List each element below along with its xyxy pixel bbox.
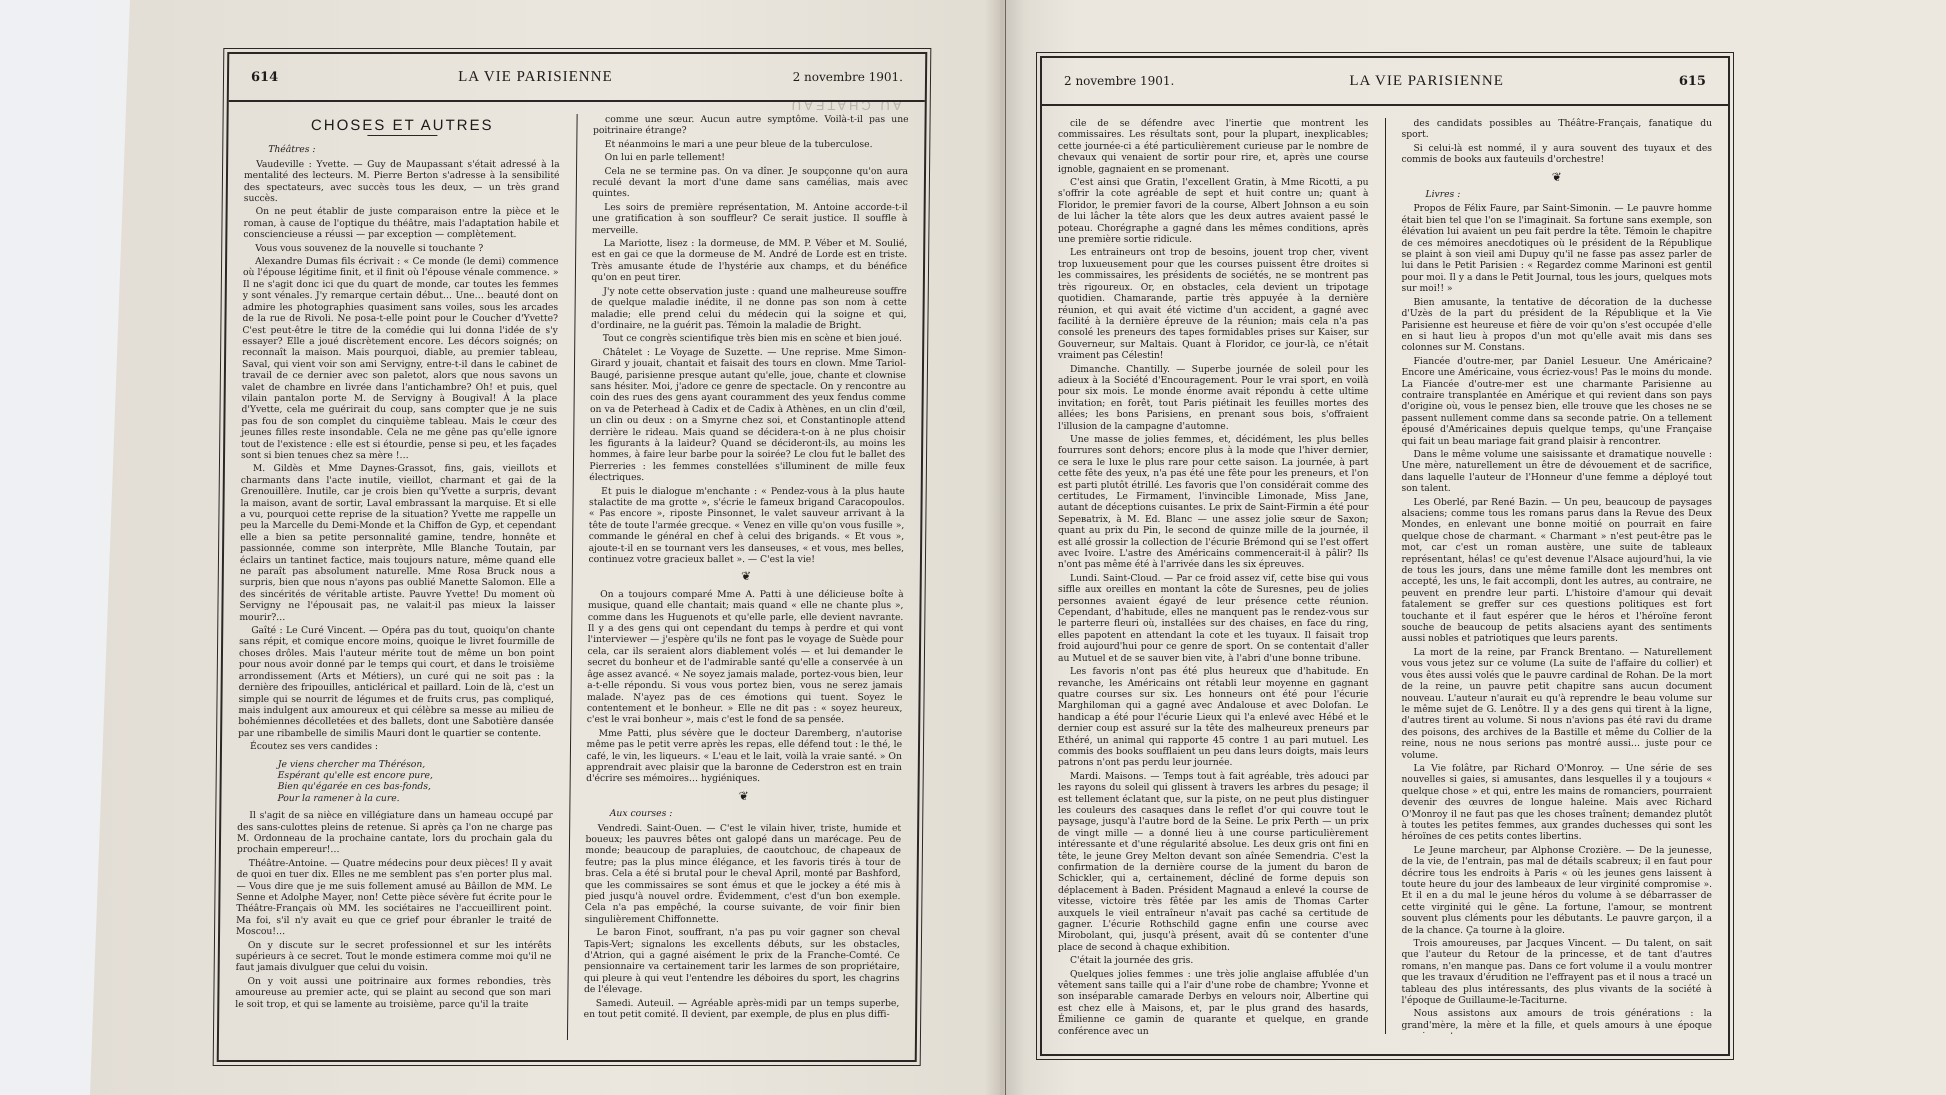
article-paragraph: Les Oberlé, par René Bazin. — Un peu, be… [1402, 497, 1713, 645]
article-paragraph: Mme Patti, plus sévère que le docteur Da… [586, 728, 902, 785]
verse-line: Pour la ramener à la cure. [277, 793, 553, 804]
article-paragraph: Alexandre Dumas fils écrivait : « Ce mon… [241, 256, 559, 461]
issue-date: 2 novembre 1901. [1064, 74, 1174, 88]
article-paragraph: Nous assistons aux amours de trois génér… [1402, 1008, 1713, 1034]
article-paragraph: Tout ce congrès scientifique très bien m… [591, 333, 907, 344]
right-page-columns: cile de se défendre avec l'inertie que m… [1042, 118, 1728, 1034]
article-paragraph: Les entraineurs ont trop de besoins, jou… [1058, 247, 1369, 361]
article-paragraph: Mardi. Maisons. — Temps tout à fait agré… [1058, 771, 1369, 954]
section-heading-theatres: Théâtres : [244, 144, 560, 155]
article-paragraph: Quelques jolies femmes : une très jolie … [1058, 969, 1369, 1034]
article-paragraph: Samedi. Auteuil. — Agréable après-midi p… [584, 998, 900, 1021]
verse-quote: Je viens chercher ma Théréson, Espérant … [237, 759, 553, 805]
left-column-2: comme une sœur. Aucun autre symptôme. Vo… [566, 114, 924, 1040]
right-page-frame: 2 novembre 1901. LA VIE PARISIENNE 615 c… [1040, 56, 1730, 1056]
article-paragraph: M. Gildès et Mme Daynes-Grassot, fins, g… [239, 463, 556, 623]
article-paragraph: Vous vous souvenez de la nouvelle si tou… [243, 243, 559, 254]
article-paragraph: Et néanmoins le mari a une peur bleue de… [593, 139, 909, 150]
article-paragraph: Fiancée d'outre-mer, par Daniel Lesueur.… [1402, 356, 1713, 447]
section-heading-courses: Aux courses : [586, 808, 902, 819]
article-paragraph: Bien amusante, la tentative de décoratio… [1402, 297, 1713, 354]
article-paragraph: Lundi. Saint-Cloud. — Par ce froid assez… [1058, 573, 1369, 664]
article-paragraph: On y voit aussi une poitrinaire aux form… [235, 976, 551, 1010]
verse-line: Je viens chercher ma Théréson, [278, 759, 554, 770]
article-paragraph: La mort de la reine, par Franck Brentano… [1402, 647, 1713, 761]
article-paragraph: comme une sœur. Aucun autre symptôme. Vo… [593, 114, 909, 137]
right-column-2: des candidats possibles au Théâtre-Franç… [1385, 118, 1729, 1034]
article-paragraph: Châtelet : Le Voyage de Suzette. — Une r… [589, 347, 906, 484]
article-paragraph: Gaîté : Le Curé Vincent. — Opéra pas du … [238, 625, 555, 739]
left-page-columns: CHOSES ET AUTRES Théâtres : Vaudeville :… [219, 114, 925, 1040]
fleuron-ornament-icon: ❦ [586, 791, 902, 802]
issue-date: 2 novembre 1901. [793, 70, 904, 84]
article-paragraph: Trois amoureuses, par Jacques Vincent. —… [1402, 938, 1713, 1006]
section-title: CHOSES ET AUTRES [244, 120, 560, 131]
article-paragraph: C'est ainsi que Gratin, l'excellent Grat… [1058, 177, 1369, 245]
page-number: 615 [1679, 74, 1706, 89]
left-page-frame: AU CHATEAU 614 LA VIE PARISIENNE 2 novem… [217, 52, 928, 1062]
article-paragraph: Le baron Finot, souffrant, n'a pas pu vo… [584, 927, 900, 995]
fleuron-ornament-icon: ❦ [588, 571, 904, 582]
article-paragraph: Dans le même volume une saisissante et d… [1402, 449, 1713, 495]
article-paragraph: Écoutez ses vers candides : [238, 741, 554, 752]
title-rule [367, 135, 437, 136]
article-paragraph: On ne peut établir de juste comparaison … [243, 206, 559, 240]
article-paragraph: des candidats possibles au Théâtre-Franç… [1402, 118, 1713, 141]
fleuron-ornament-icon: ❦ [1402, 172, 1713, 183]
article-paragraph: Et puis le dialogue m'enchante : « Pende… [588, 486, 904, 566]
left-column-1: CHOSES ET AUTRES Théâtres : Vaudeville :… [219, 114, 576, 1040]
book-spine-fold [1005, 0, 1006, 1095]
article-paragraph: J'y note cette observation juste : quand… [591, 286, 907, 332]
article-paragraph: Cela ne se termine pas. On va dîner. Je … [592, 166, 908, 200]
article-paragraph: On a toujours comparé Mme A. Patti à une… [587, 589, 904, 726]
article-paragraph: La Mariotte, lisez : la dormeuse, de MM.… [591, 238, 907, 284]
article-paragraph: Si celui-là est nommé, il y aura souvent… [1402, 143, 1713, 166]
article-paragraph: La Vie folâtre, par Richard O'Monroy. — … [1402, 763, 1713, 843]
right-page-header: 2 novembre 1901. LA VIE PARISIENNE 615 [1042, 58, 1728, 106]
right-column-1: cile de se défendre avec l'inertie que m… [1042, 118, 1385, 1034]
article-paragraph: Propos de Félix Faure, par Saint-Simonin… [1402, 203, 1713, 294]
page-number: 614 [251, 70, 278, 85]
masthead-title: LA VIE PARISIENNE [458, 69, 613, 86]
article-paragraph: Les favoris n'ont pas été plus heureux q… [1058, 666, 1369, 769]
article-paragraph: Les soirs de première représentation, M.… [592, 202, 908, 236]
article-paragraph: Une masse de jolies femmes, et, décidéme… [1058, 434, 1369, 571]
verse-line: Espérant qu'elle est encore pure, [278, 770, 554, 781]
article-paragraph: C'était la journée des gris. [1058, 955, 1369, 966]
left-page-header: 614 LA VIE PARISIENNE 2 novembre 1901. [229, 54, 926, 102]
article-paragraph: Vaudeville : Yvette. — Guy de Maupassant… [244, 159, 560, 205]
article-paragraph: Théâtre-Antoine. — Quatre médecins pour … [236, 858, 552, 938]
article-paragraph: On lui en parle tellement! [593, 152, 909, 163]
article-paragraph: Vendredi. Saint-Ouen. — C'est le vilain … [585, 823, 902, 926]
article-paragraph: cile de se défendre avec l'inertie que m… [1058, 118, 1369, 175]
article-paragraph: Il s'agit de sa nièce en villégiature da… [237, 810, 553, 856]
section-heading-livres: Livres : [1402, 189, 1713, 200]
article-paragraph: Le Jeune marcheur, par Alphonse Crozière… [1402, 845, 1713, 936]
article-paragraph: Dimanche. Chantilly. — Superbe journée d… [1058, 364, 1369, 432]
article-paragraph: On y discute sur le secret professionnel… [236, 940, 552, 974]
masthead-title: LA VIE PARISIENNE [1349, 73, 1504, 90]
verse-line: Bien qu'égarée en ces bas-fonds, [278, 781, 554, 792]
